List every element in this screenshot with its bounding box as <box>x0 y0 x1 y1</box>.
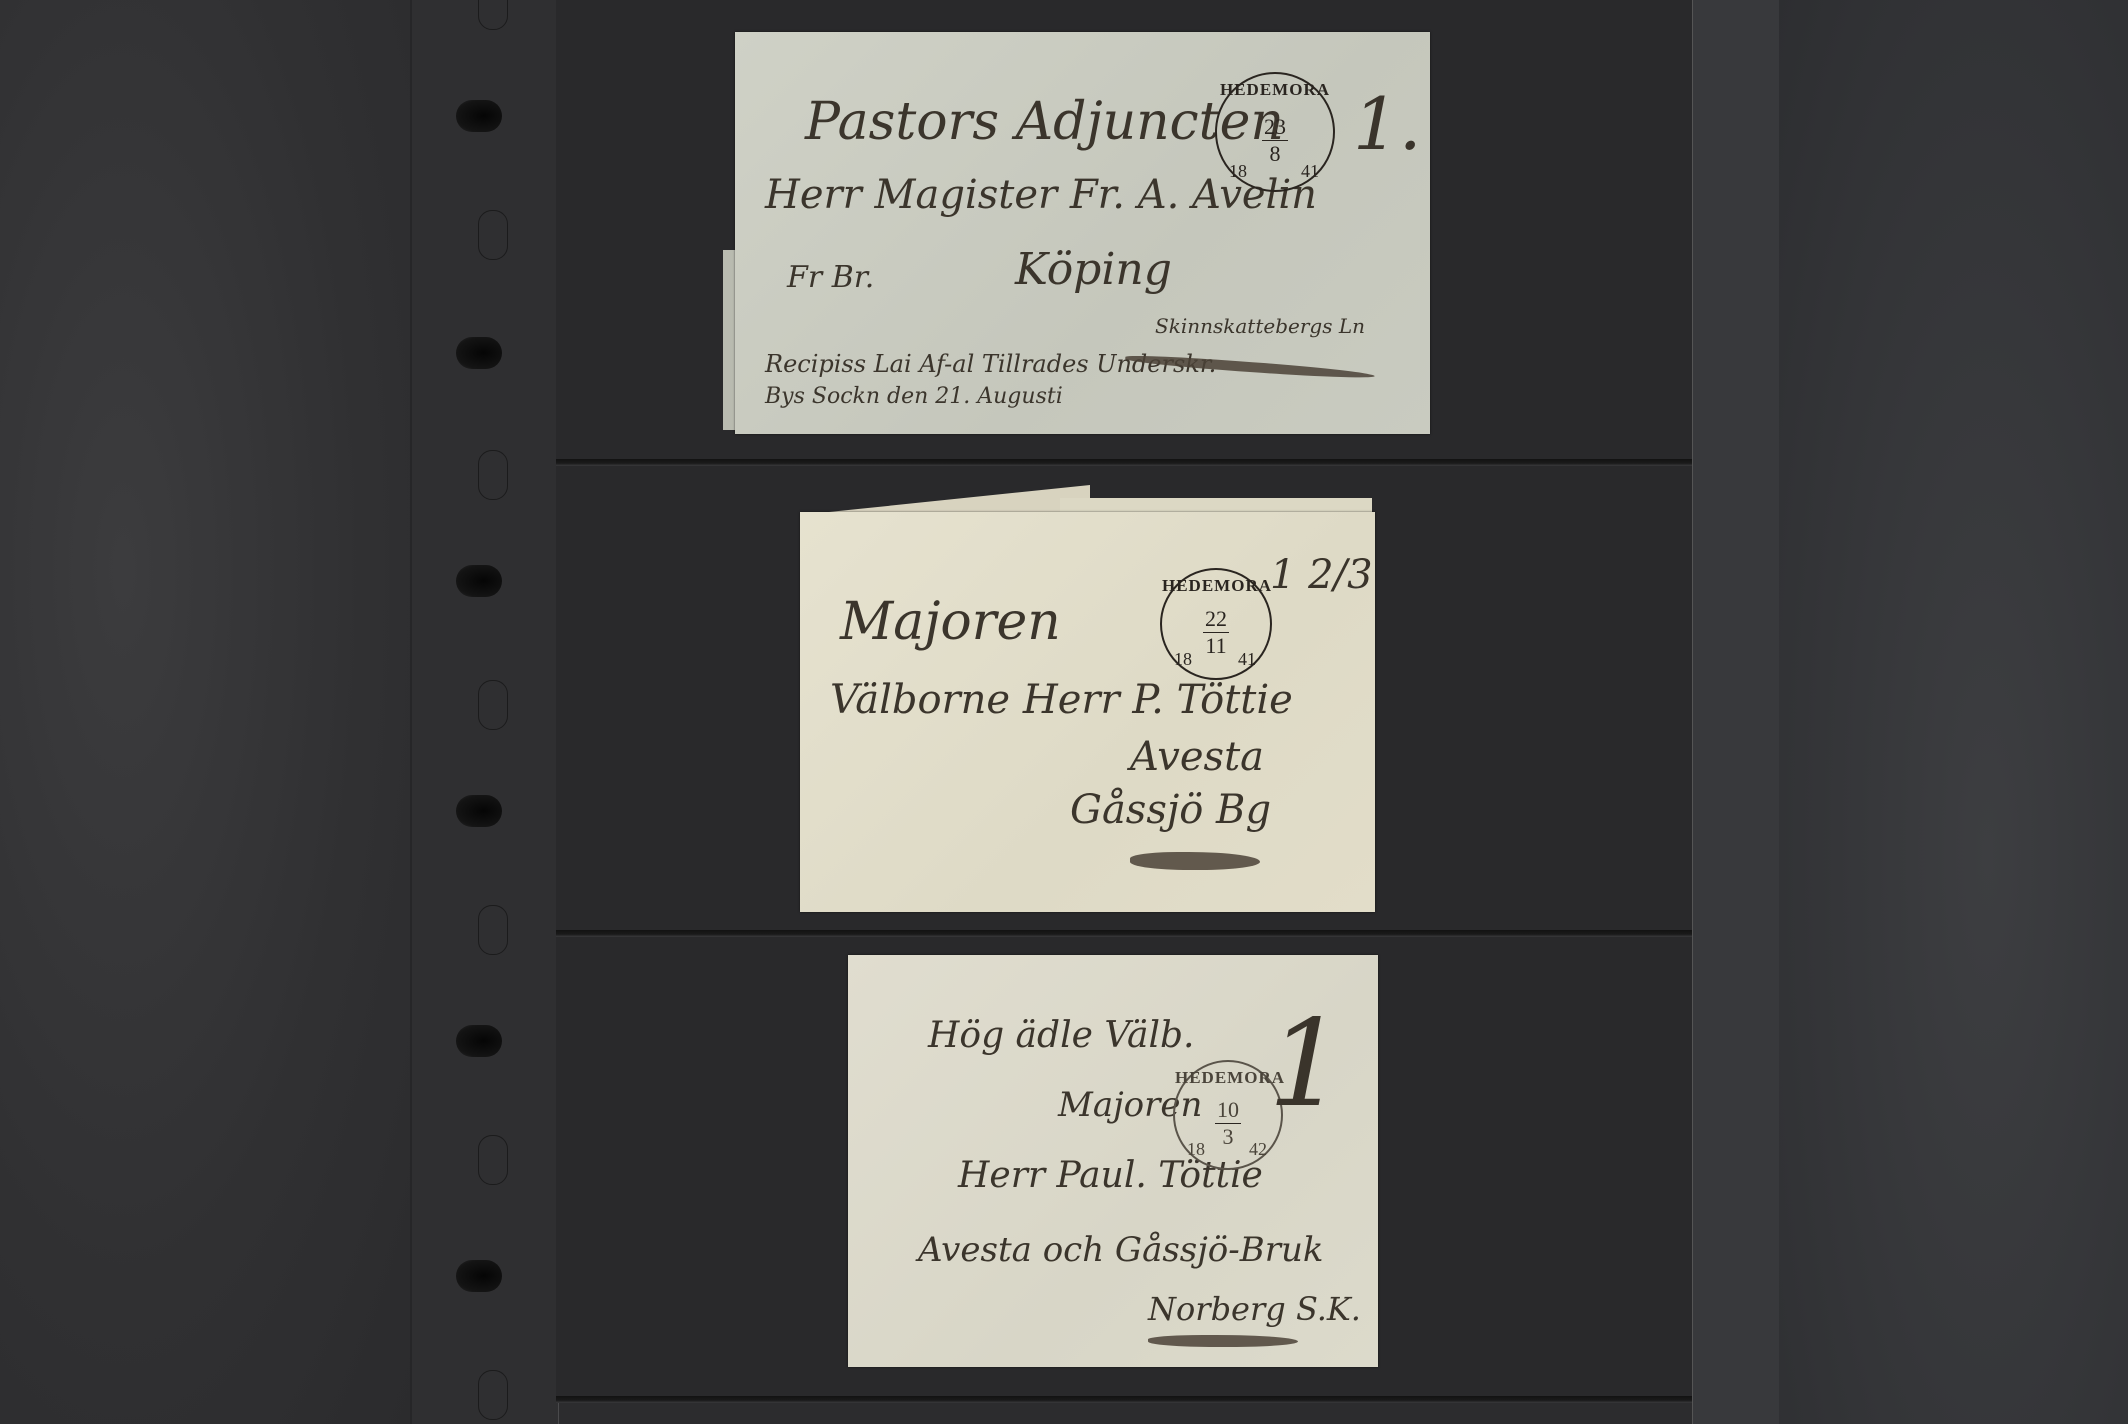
address-line: Gåssjö Bg <box>1070 787 1271 833</box>
strip-divider <box>556 1396 1692 1403</box>
binder-hole <box>456 795 502 827</box>
binder-hole <box>456 1260 502 1292</box>
docket-line: Bys Sockn den 21. Augusti <box>765 384 1063 409</box>
backing-surface-left <box>0 0 410 1424</box>
rate-mark: 1. <box>1353 82 1422 166</box>
postmark-year-prefix: 18 <box>1187 1139 1205 1160</box>
postmark-month: 3 <box>1223 1126 1234 1148</box>
postmark: HEDEMORA 10 3 18 42 <box>1173 1060 1283 1170</box>
postmark-day: 10 <box>1217 1099 1239 1121</box>
ink-strike <box>1130 852 1260 870</box>
rate-mark: 1 <box>1268 995 1344 1134</box>
address-line: Hög ädle Välb. <box>928 1015 1194 1056</box>
page-right-rail <box>1692 0 1779 1424</box>
docket-line: Recipiss Lai Af-al Tillrades Underskr. <box>765 350 1216 378</box>
binder-hole <box>456 100 502 132</box>
cover-1[interactable]: Pastors Adjuncten Herr Magister Fr. A. A… <box>735 32 1430 434</box>
address-line: Skinnskattebergs Ln <box>1155 314 1365 338</box>
ink-strike <box>1148 1335 1298 1347</box>
address-line: Välborne Herr P. Töttie <box>830 677 1293 723</box>
binder-hole <box>456 337 502 369</box>
strip-divider <box>556 930 1692 937</box>
rate-mark: 1 2/3 <box>1270 552 1373 598</box>
address-line: Norberg S.K. <box>1148 1290 1361 1328</box>
postmark-month: 11 <box>1205 635 1226 657</box>
address-line: Majoren <box>840 592 1061 652</box>
address-line: Fr Br. <box>787 260 874 295</box>
address-line: Avesta <box>1130 734 1264 780</box>
postmark-year-prefix: 18 <box>1229 161 1247 182</box>
postmark-day: 22 <box>1205 608 1227 630</box>
postmark-town: HEDEMORA <box>1162 576 1270 596</box>
postmark-year: 41 <box>1301 161 1319 182</box>
binder-hole-outline <box>478 450 508 500</box>
postmark-year-prefix: 18 <box>1174 649 1192 670</box>
postmark: HEDEMORA 23 8 18 41 <box>1215 72 1335 192</box>
cover-2[interactable]: Majoren Välborne Herr P. Töttie Avesta G… <box>800 512 1375 912</box>
postmark-month: 8 <box>1270 143 1281 165</box>
address-line: Köping <box>1015 244 1172 295</box>
binder-hole-outline <box>478 210 508 260</box>
postmark-town: HEDEMORA <box>1175 1068 1281 1088</box>
binder-hole-column <box>410 0 559 1424</box>
binder-hole-outline <box>478 905 508 955</box>
postmark: HEDEMORA 22 11 18 41 <box>1160 568 1272 680</box>
strip-divider <box>556 459 1692 466</box>
address-line: Avesta och Gåssjö-Bruk <box>918 1230 1323 1270</box>
binder-hole-outline <box>478 0 508 30</box>
binder-hole-outline <box>478 1370 508 1420</box>
binder-hole <box>456 1025 502 1057</box>
cover-3[interactable]: Hög ädle Välb. Majoren Herr Paul. Töttie… <box>848 955 1378 1367</box>
postmark-day: 23 <box>1264 116 1286 138</box>
backing-surface-right <box>1778 0 2128 1424</box>
binder-hole <box>456 565 502 597</box>
address-line: Pastors Adjuncten <box>805 92 1284 152</box>
binder-hole-outline <box>478 1135 508 1185</box>
postmark-year: 42 <box>1249 1139 1267 1160</box>
postmark-town: HEDEMORA <box>1217 80 1333 100</box>
postmark-year: 41 <box>1238 649 1256 670</box>
binder-hole-outline <box>478 680 508 730</box>
